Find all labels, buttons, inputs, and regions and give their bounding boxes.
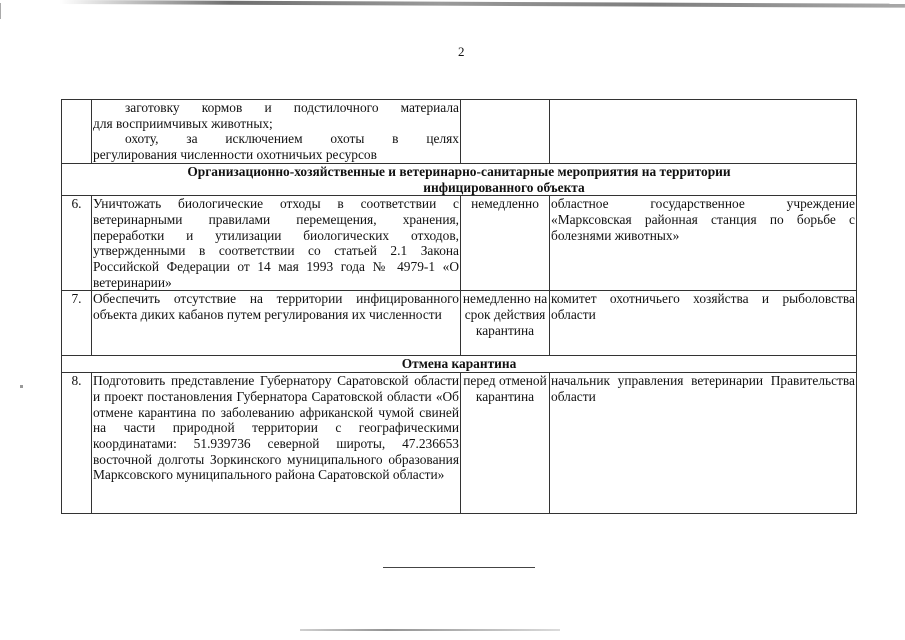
section-title-cancel-quarantine: Отмена карантина xyxy=(62,356,857,373)
action-line: регулирования численности охотничьих рес… xyxy=(93,147,459,163)
deadline-cell: перед отменой карантина xyxy=(461,373,550,514)
table-row: 8. Подготовить представление Губернатору… xyxy=(62,373,857,514)
table-row-continuation: заготовку кормов и подстилочного материа… xyxy=(62,100,857,164)
footer-separator-line xyxy=(383,567,535,568)
responsible-cell: областное государственное учреждение «Ма… xyxy=(550,196,857,291)
deadline-cell: немедленно на срок действия карантина xyxy=(461,291,550,356)
responsible-cell: комитет охотничьего хозяйства и рыболовс… xyxy=(550,291,857,356)
action-cell: Подготовить представление Губернатору Са… xyxy=(92,373,461,514)
action-cell: заготовку кормов и подстилочного материа… xyxy=(92,100,461,164)
row-number-cell: 7. xyxy=(62,291,92,356)
section-title-organizational: Организационно-хозяйственные и ветеринар… xyxy=(62,163,857,195)
section-title-line: инфицированного объекта xyxy=(63,180,855,196)
scan-speck xyxy=(20,385,23,388)
row-number-cell: 6. xyxy=(62,196,92,291)
row-number-cell xyxy=(62,100,92,164)
scan-edge-top xyxy=(60,0,905,8)
table-row: 6. Уничтожать биологические отходы в соо… xyxy=(62,196,857,291)
deadline-cell xyxy=(461,100,550,164)
responsible-cell: начальник управления ветеринарии Правите… xyxy=(550,373,857,514)
action-line: заготовку кормов и подстилочного материа… xyxy=(93,100,459,116)
scan-edge-mark xyxy=(0,3,1,19)
page-number: 2 xyxy=(458,44,465,60)
measures-table: заготовку кормов и подстилочного материа… xyxy=(61,99,857,514)
action-cell: Обеспечить отсутствие на территории инфи… xyxy=(92,291,461,356)
section-title-line: Организационно-хозяйственные и ветеринар… xyxy=(63,164,855,180)
responsible-cell xyxy=(550,100,857,164)
action-line: охоту, за исключением охоты в целях xyxy=(93,131,459,147)
action-line: для восприимчивых животных; xyxy=(93,116,459,132)
scan-edge-bottom xyxy=(300,629,560,631)
deadline-cell: немедленно xyxy=(461,196,550,291)
table-row: 7. Обеспечить отсутствие на территории и… xyxy=(62,291,857,356)
action-cell: Уничтожать биологические отходы в соотве… xyxy=(92,196,461,291)
section-header-row: Организационно-хозяйственные и ветеринар… xyxy=(62,163,857,195)
row-number-cell: 8. xyxy=(62,373,92,514)
section-header-row: Отмена карантина xyxy=(62,356,857,373)
